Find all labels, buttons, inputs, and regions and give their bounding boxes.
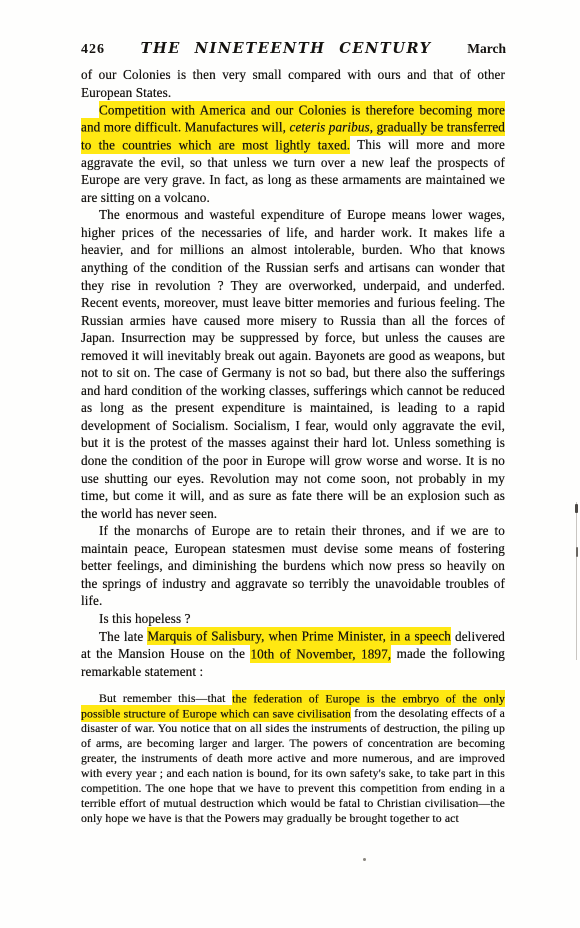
text-segment: If the monarchs of Europe are to retain … (81, 523, 505, 608)
page-body: of our Colonies is then very small compa… (81, 66, 505, 826)
body-paragraph: Competition with America and our Colonie… (81, 101, 505, 206)
text-segment: But remember this—that (99, 691, 232, 705)
issue-month: March (467, 41, 506, 57)
text-segment: Is this hopeless ? (99, 611, 191, 626)
page-number: 426 (81, 42, 105, 58)
body-paragraph: If the monarchs of Europe are to retain … (81, 522, 505, 610)
body-paragraph: Is this hopeless ? (81, 610, 505, 628)
scan-artifact-mark (575, 504, 578, 513)
text-segment: from the desolating effects of a disaste… (81, 706, 505, 825)
scan-artifact-dot (363, 858, 366, 861)
body-paragraph: The enormous and wasteful expenditure of… (81, 206, 505, 522)
scan-artifact-line (576, 502, 577, 660)
text-segment: The enormous and wasteful expenditure of… (81, 207, 505, 520)
highlighted-text: ceteris paribus (289, 118, 369, 136)
text-segment: The late (99, 629, 147, 644)
highlighted-text: 10th of November, 1897, (250, 645, 391, 663)
body-paragraph: The late Marquis of Salisbury, when Prim… (81, 628, 505, 681)
block-quote-paragraph: But remember this—that the federation of… (81, 691, 505, 826)
body-paragraph: of our Colonies is then very small compa… (81, 66, 505, 101)
highlighted-text: Marquis of Salisbury, when Prime Ministe… (147, 627, 451, 645)
journal-title: THE NINETEENTH CENTURY (105, 40, 467, 57)
running-header: 426 THE NINETEENTH CENTURY March (81, 40, 506, 58)
scan-artifact-mark (576, 547, 578, 557)
book-page: 426 THE NINETEENTH CENTURY March of our … (0, 0, 580, 928)
text-segment: of our Colonies is then very small compa… (81, 67, 505, 100)
